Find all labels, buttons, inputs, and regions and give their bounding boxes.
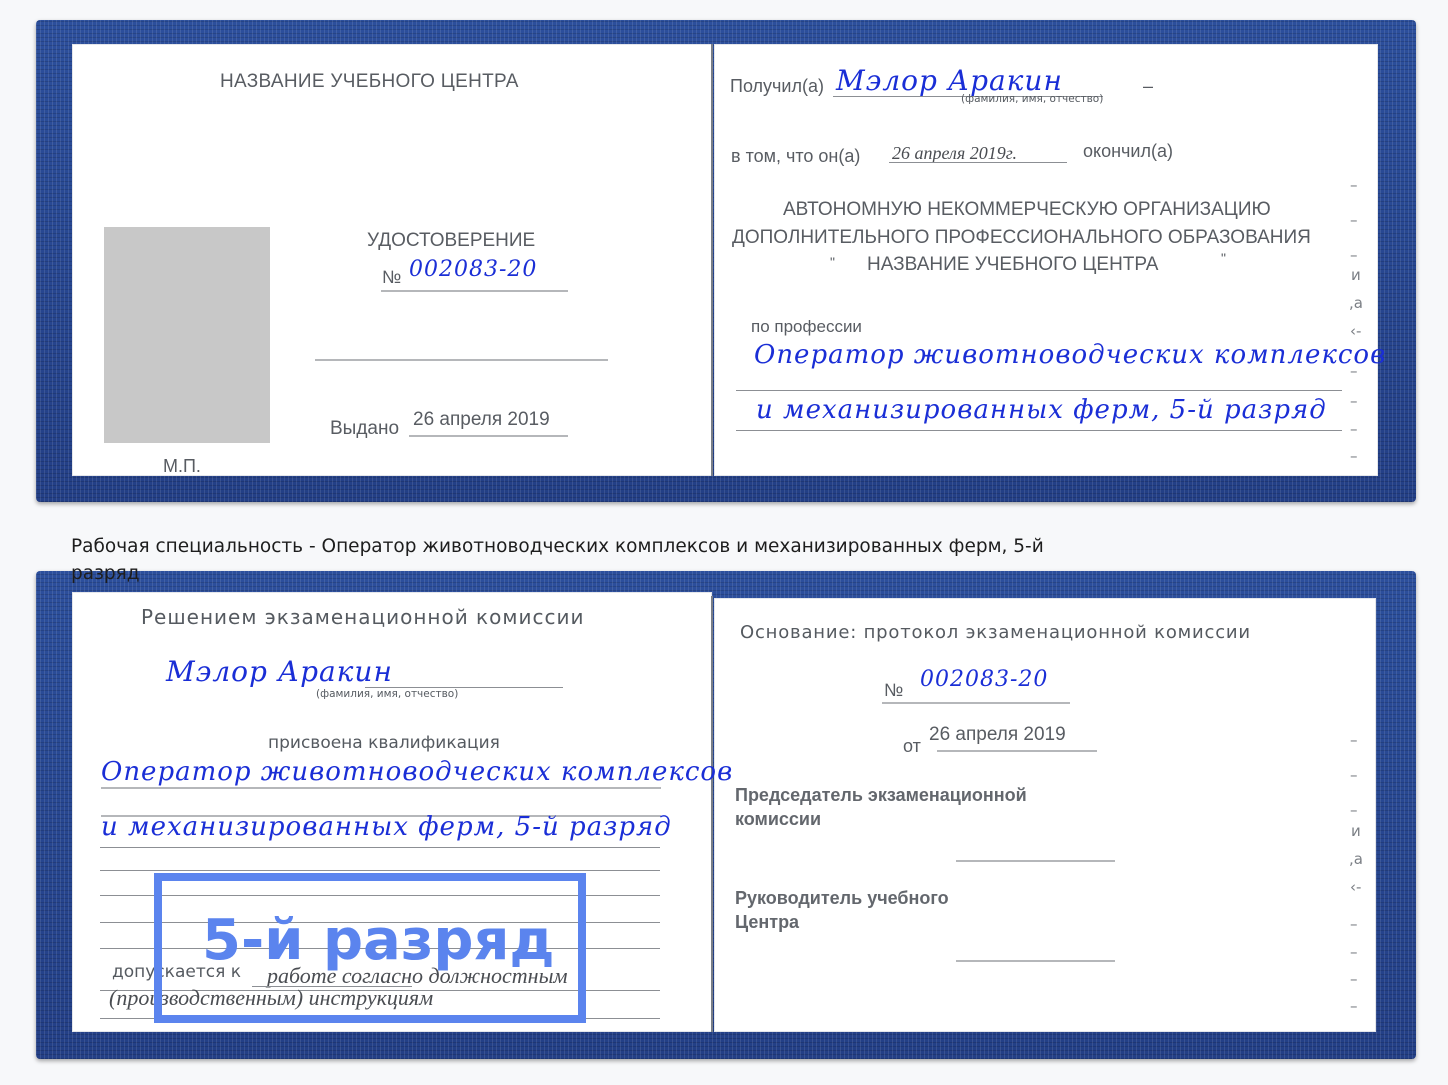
- profession-underline-1: [736, 390, 1342, 391]
- recipient-name-hint: (фамилия, имя, отчество): [961, 93, 1103, 105]
- bottom-spine-fold: [711, 596, 713, 1032]
- completion-date: 26 апреля 2019г.: [892, 143, 1017, 164]
- qualification-line-1: Оператор животноводческих комплексов: [101, 757, 733, 787]
- edge-mark: ‹-: [1350, 878, 1361, 896]
- edge-mark: –: [1350, 447, 1358, 465]
- edge-mark: ‹-: [1350, 322, 1361, 340]
- number-underline: [381, 290, 568, 292]
- issued-date: 26 апреля 2019: [413, 409, 550, 431]
- basis-title: Основание: протокол экзаменационной коми…: [740, 622, 1251, 643]
- head-label-2: Центра: [735, 912, 799, 933]
- issued-underline: [409, 435, 568, 437]
- org-line-3: НАЗВАНИЕ УЧЕБНОГО ЦЕНТРА: [867, 254, 1159, 276]
- number-label: №: [382, 267, 401, 288]
- head-signature-line: [956, 960, 1115, 962]
- dash-mark: –: [1143, 76, 1153, 97]
- edge-mark: –: [1350, 211, 1358, 229]
- protocol-number: 002083-20: [920, 667, 1048, 692]
- edge-mark: –: [1350, 970, 1358, 988]
- edge-mark: ,а: [1349, 850, 1363, 868]
- edge-mark: –: [1350, 362, 1358, 380]
- org-line-1: АВТОНОМНУЮ НЕКОММЕРЧЕСКУЮ ОРГАНИЗАЦИЮ: [783, 199, 1271, 221]
- chairman-label-1: Председатель экзаменационной: [735, 785, 1027, 806]
- org-name-heading: НАЗВАНИЕ УЧЕБНОГО ЦЕНТРА: [220, 71, 519, 93]
- signature-line: [315, 359, 608, 361]
- ruled-line: [100, 870, 660, 871]
- chairman-label-2: комиссии: [735, 809, 821, 830]
- qualification-label: присвоена квалификация: [268, 733, 500, 753]
- edge-mark: –: [1350, 943, 1358, 961]
- person-name: Мэлор Аракин: [166, 655, 393, 688]
- protocol-number-underline: [882, 702, 1070, 704]
- edge-mark: –: [1350, 420, 1358, 438]
- protocol-date-underline: [937, 750, 1097, 752]
- protocol-number-label: №: [884, 680, 903, 701]
- edge-mark: и: [1351, 822, 1361, 840]
- finished-label: окончил(а): [1083, 141, 1173, 162]
- decision-title: Решением экзаменационной комиссии: [141, 605, 584, 629]
- profession-label: по профессии: [751, 317, 862, 337]
- specialty-caption: Рабочая специальность - Оператор животно…: [71, 533, 1051, 587]
- protocol-date: 26 апреля 2019: [929, 724, 1066, 746]
- edge-mark: –: [1350, 392, 1358, 410]
- chairman-signature-line: [956, 860, 1115, 862]
- edge-mark: –: [1350, 915, 1358, 933]
- edge-mark: –: [1350, 246, 1358, 264]
- edge-mark: –: [1350, 176, 1358, 194]
- org-quote-open: ": [830, 254, 835, 270]
- profession-underline-2: [736, 430, 1342, 431]
- person-name-hint: (фамилия, имя, отчество): [316, 688, 458, 700]
- qualification-line-2: и механизированных ферм, 5-й разряд: [101, 812, 672, 842]
- edge-mark: и: [1351, 266, 1361, 284]
- edge-mark: –: [1350, 997, 1358, 1015]
- photo-placeholder: [104, 227, 270, 443]
- received-label: Получил(а): [730, 76, 824, 97]
- head-label-1: Руководитель учебного: [735, 888, 949, 909]
- ruled-line: [100, 847, 660, 848]
- org-quote-close: ": [1221, 250, 1226, 266]
- certificate-number: 002083-20: [409, 257, 537, 282]
- profession-line-1: Оператор животноводческих комплексов: [754, 340, 1386, 370]
- issued-label: Выдано: [330, 418, 399, 440]
- qualification-underline-1: [101, 787, 661, 789]
- stamp-place-label: М.П.: [163, 456, 201, 477]
- top-spine-fold: [711, 44, 713, 476]
- in-that-label: в том, что он(а): [731, 146, 860, 167]
- certificate-title: УДОСТОВЕРЕНИЕ: [367, 230, 535, 252]
- completion-date-underline: [889, 162, 1067, 163]
- edge-mark: –: [1350, 766, 1358, 784]
- edge-mark: –: [1350, 731, 1358, 749]
- protocol-date-label: от: [903, 736, 921, 757]
- edge-mark: –: [1350, 801, 1358, 819]
- org-line-2: ДОПОЛНИТЕЛЬНОГО ПРОФЕССИОНАЛЬНОГО ОБРАЗО…: [732, 227, 1311, 249]
- grade-stamp-text: 5-й разряд: [202, 908, 555, 973]
- edge-mark: ,а: [1349, 294, 1363, 312]
- profession-line-2: и механизированных ферм, 5-й разряд: [756, 395, 1327, 425]
